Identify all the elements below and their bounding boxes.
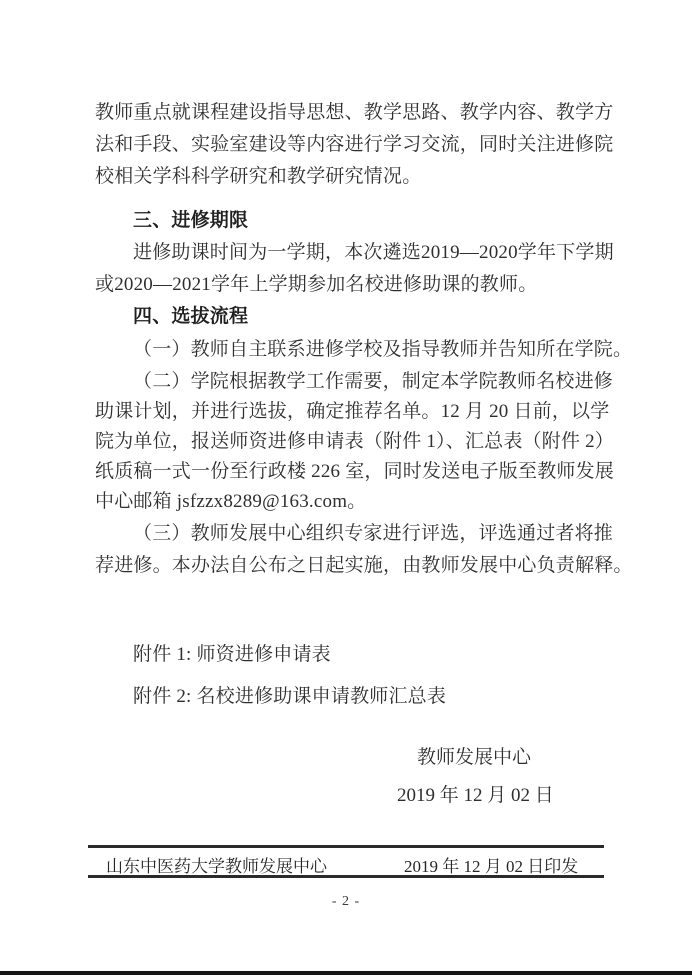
attachment-line-1: 附件 1: 师资进修申请表 xyxy=(133,641,673,669)
scan-edge-line xyxy=(0,971,692,975)
body-line: 纸质稿一式一份至行政楼 226 室，同时发送电子版至教师发展 xyxy=(95,458,635,486)
body-line: 进修助课时间为一学期，本次遴选2019—2020学年下学期 xyxy=(133,239,673,267)
body-line: （一）教师自主联系进修学校及指导教师并告知所在学院。 xyxy=(133,336,673,364)
body-line: 助课计划，并进行选拔，确定推荐名单。12 月 20 日前，以学 xyxy=(95,398,635,426)
body-line: 院为单位，报送师资进修申请表（附件 1）、汇总表（附件 2） xyxy=(95,428,635,456)
signature-org: 教师发展中心 xyxy=(417,742,531,769)
body-line: 中心邮箱 jsfzzx8289@163.com。 xyxy=(95,488,635,516)
section-heading-4: 四、选拔流程 xyxy=(133,303,673,331)
section-heading-3: 三、进修期限 xyxy=(133,207,673,235)
page-number: - 2 - xyxy=(0,894,692,910)
footer-rule-bottom xyxy=(88,875,604,878)
document-page: 教师重点就课程建设指导思想、教学思路、教学内容、教学方 法和手段、实验室建设等内… xyxy=(0,0,692,979)
footer-rule-top xyxy=(88,845,604,848)
body-line: 或2020—2021学年上学期参加名校进修助课的教师。 xyxy=(95,271,635,299)
footer-issuer: 山东中医药大学教师发展中心 xyxy=(106,852,327,877)
body-line: 荐进修。本办法自公布之日起实施，由教师发展中心负责解释。 xyxy=(95,552,635,580)
signature-date: 2019 年 12 月 02 日 xyxy=(397,780,554,807)
body-line: （二）学院根据教学工作需要，制定本学院教师名校进修 xyxy=(133,368,673,396)
body-line: （三）教师发展中心组织专家进行评选，评选通过者将推 xyxy=(133,520,673,548)
attachment-line-2: 附件 2: 名校进修助课申请教师汇总表 xyxy=(133,683,673,711)
footer-print-date: 2019 年 12 月 02 日印发 xyxy=(404,852,578,877)
body-line: 教师重点就课程建设指导思想、教学思路、教学内容、教学方 xyxy=(95,99,635,127)
body-line: 法和手段、实验室建设等内容进行学习交流，同时关注进修院 xyxy=(95,131,635,159)
body-line: 校相关学科科学研究和教学研究情况。 xyxy=(95,163,635,191)
